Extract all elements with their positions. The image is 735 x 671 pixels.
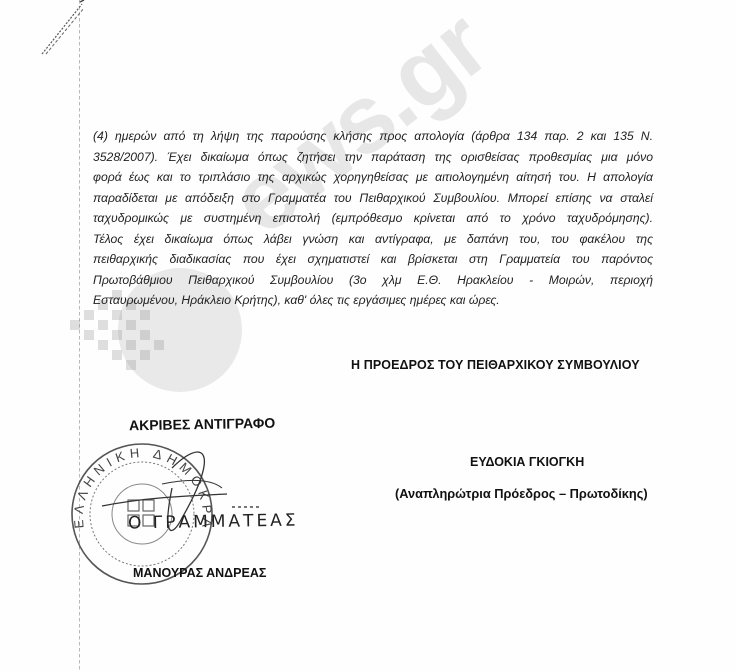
body-line: φορά έως και το τριπλάσιο της αρχικώς χο…	[93, 167, 653, 188]
body-paragraph: (4) ημερών από τη λήψη της παρούσης κλήσ…	[93, 126, 653, 311]
corner-scribble-icon	[38, 0, 86, 56]
body-line: πειθαρχικής διαδικασίας που έχει σχηματι…	[93, 249, 653, 270]
secretary-title-handwritten: Ο ΓΡΑΜΜΑΤΕΑΣ	[128, 511, 299, 534]
body-line: Πρωτοβάθμιου Πειθαρχικού Συμβουλίου (3ο …	[93, 270, 653, 291]
body-line: Εσταυρωμένου, Ηράκλειο Κρήτης), καθ' όλε…	[93, 290, 653, 311]
document-page: ews.gr (4) ημερών από τη λήψη της παρούσ…	[0, 0, 735, 671]
body-line: 3528/2007). Έχει δικαίωμα όπως ζητήσει τ…	[93, 147, 653, 168]
body-line: Τέλος έχει δικαίωμα όπως λάβει γνώση και…	[93, 229, 653, 250]
body-line: ταχυδρομικώς με συστημένη επιστολή (εμπρ…	[93, 208, 653, 229]
secretary-name: ΜΑΝΟΥΡΑΣ ΑΝΔΡΕΑΣ	[133, 566, 266, 580]
dash-mark	[232, 506, 262, 508]
signatory-name: ΕΥΔΟΚΙΑ ΓΚΙΟΓΚΗ	[470, 455, 584, 469]
body-line: (4) ημερών από τη λήψη της παρούσης κλήσ…	[93, 126, 653, 147]
body-line: παραδίδεται με απόδειξη στο Γραμματέα το…	[93, 188, 653, 209]
signatory-role: (Αναπληρώτρια Πρόεδρος – Πρωτοδίκης)	[395, 486, 648, 501]
president-title: Η ΠΡΟΕΔΡΟΣ ΤΟΥ ΠΕΙΘΑΡΧΙΚΟΥ ΣΥΜΒΟΥΛΙΟΥ	[351, 358, 640, 372]
